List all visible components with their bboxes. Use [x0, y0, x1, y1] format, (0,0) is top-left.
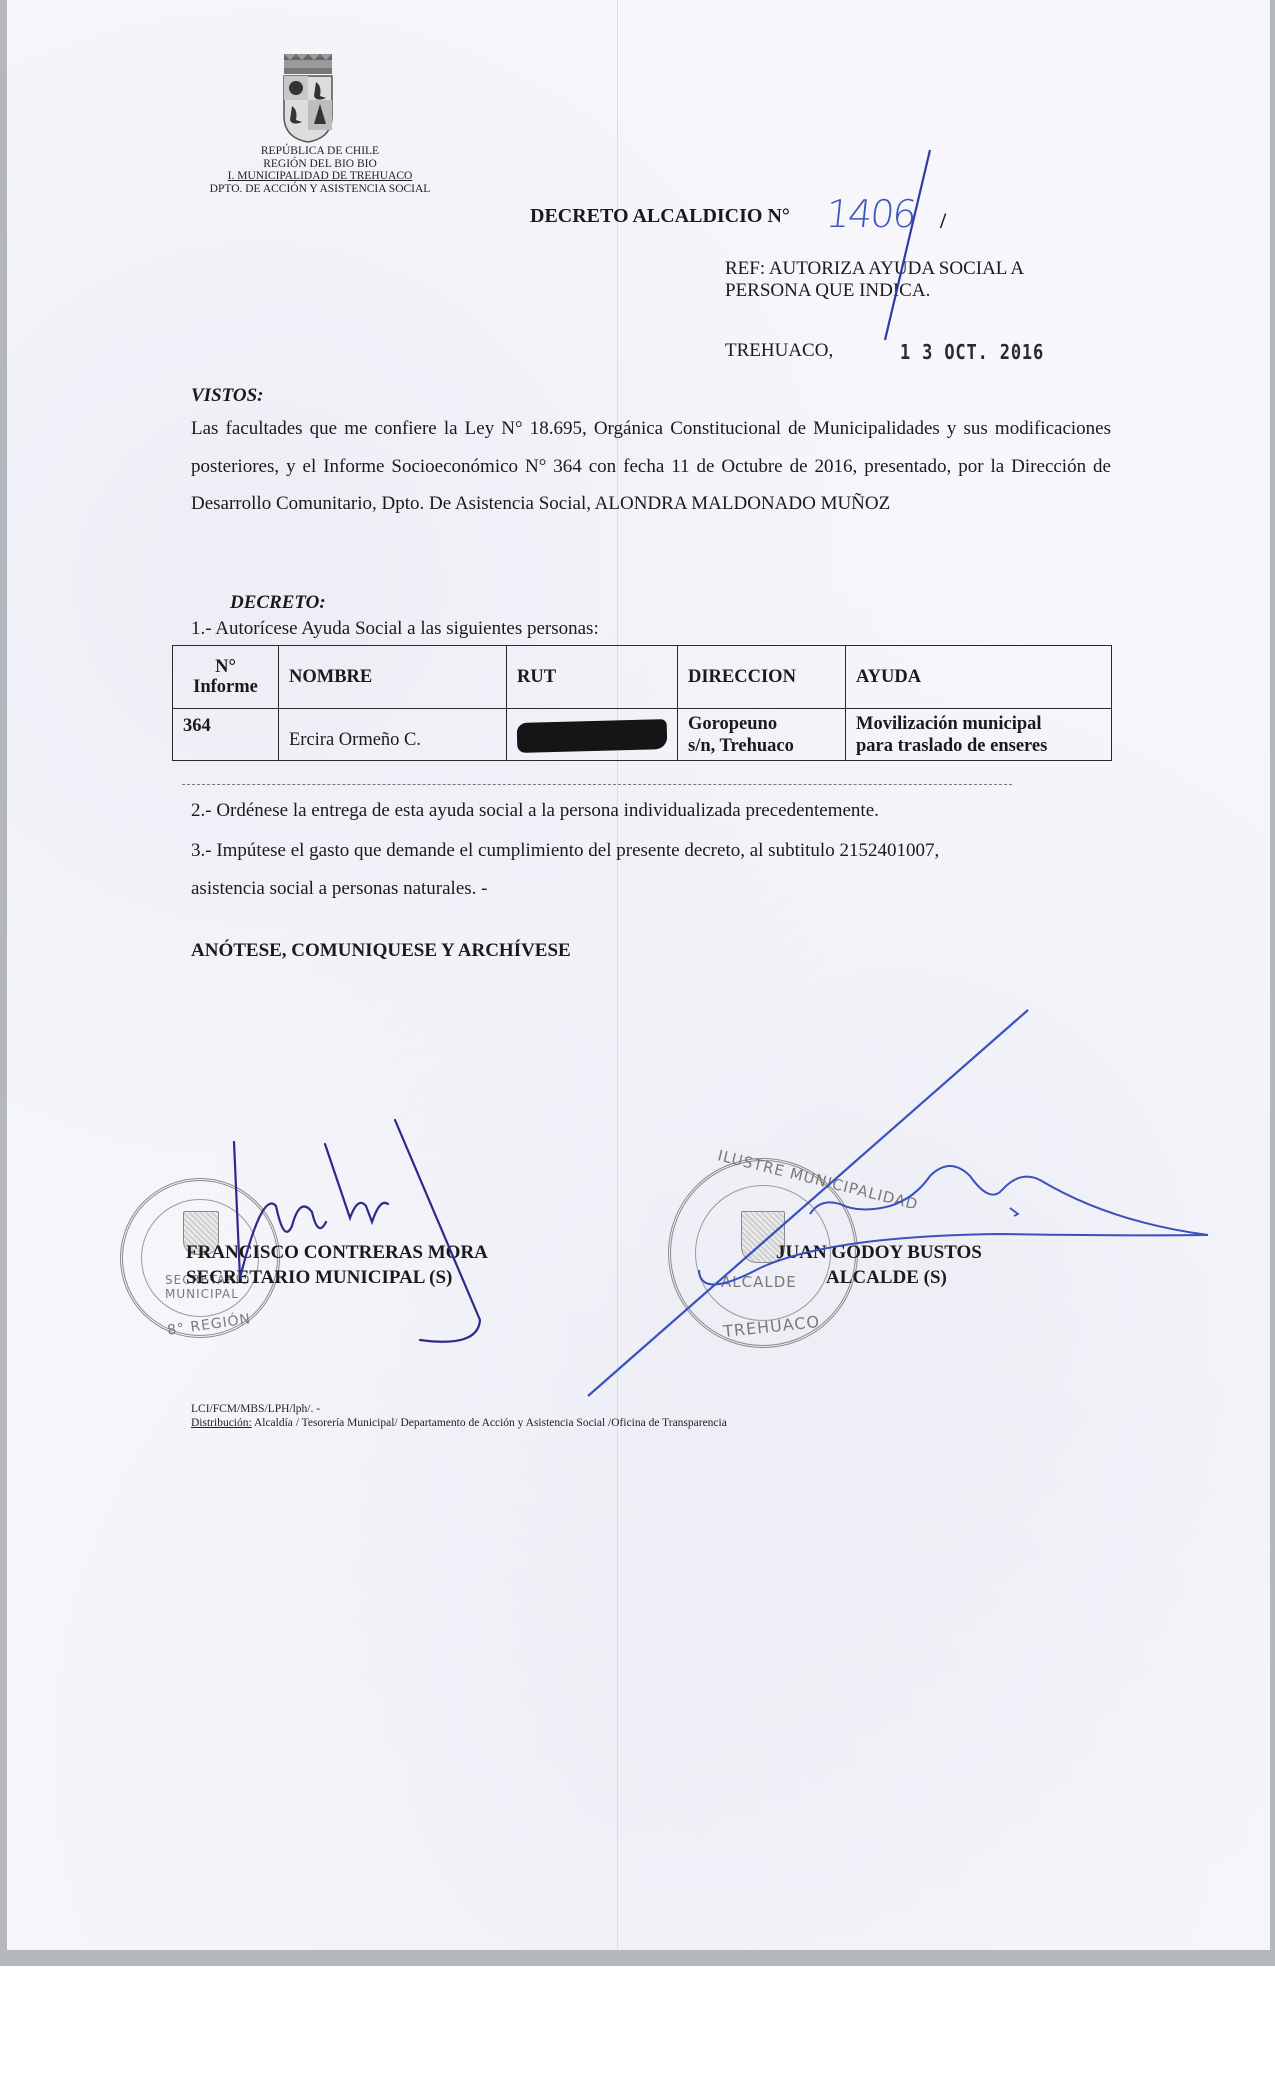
- paper-fold-line: [617, 0, 618, 1950]
- cell-informe: 364: [173, 709, 279, 761]
- decree-item-3-line-2: asistencia social a personas naturales. …: [191, 878, 488, 900]
- table-row: 364 Ercira Ormeño C. Goropeuno s/n, Treh…: [173, 709, 1112, 761]
- letterhead-municipality: I. MUNICIPALIDAD DE TREHUACO: [190, 170, 450, 183]
- distribution-list: Alcaldía / Tesorería Municipal/ Departam…: [252, 1417, 727, 1429]
- secretary-role: SECRETARIO MUNICIPAL (S): [186, 1265, 488, 1290]
- aid-recipients-table: N° Informe NOMBRE RUT DIRECCION AYUDA 36…: [172, 645, 1112, 761]
- seal-bottom-text: TREHUACO: [722, 1312, 821, 1341]
- separator-line: [182, 784, 1012, 785]
- signatory-secretary: FRANCISCO CONTRERAS MORA SECRETARIO MUNI…: [186, 1240, 488, 1290]
- footer-initials: LCI/FCM/MBS/LPH/lph/. -: [191, 1402, 727, 1416]
- letterhead-country: REPÚBLICA DE CHILE: [190, 145, 450, 158]
- decreto-heading: DECRETO:: [230, 592, 326, 614]
- place-label: TREHUACO,: [725, 340, 833, 362]
- decree-number-handwritten: 1406: [824, 192, 917, 236]
- header-direccion: DIRECCION: [678, 646, 846, 709]
- reference-block: REF: AUTORIZA AYUDA SOCIAL A PERSONA QUE…: [725, 258, 1024, 302]
- cell-direccion: Goropeuno s/n, Trehuaco: [678, 709, 846, 761]
- cell-rut: [507, 709, 678, 761]
- vistos-heading: VISTOS:: [191, 385, 264, 407]
- date-stamp: 1 3 OCT. 2016: [900, 340, 1044, 364]
- decree-item-3-line-1: 3.- Impútese el gasto que demande el cum…: [191, 840, 939, 862]
- reference-line-1: REF: AUTORIZA AYUDA SOCIAL A: [725, 258, 1024, 280]
- header-informe: N° Informe: [173, 646, 279, 709]
- secretary-name: FRANCISCO CONTRERAS MORA: [186, 1240, 488, 1265]
- header-nombre: NOMBRE: [279, 646, 507, 709]
- vistos-paragraph: Las facultades que me confiere la Ley N°…: [191, 410, 1111, 523]
- header-rut: RUT: [507, 646, 678, 709]
- cell-ayuda: Movilización municipal para traslado de …: [846, 709, 1112, 761]
- document-page: [7, 0, 1270, 1950]
- letterhead-region: REGIÓN DEL BIO BIO: [190, 158, 450, 171]
- header-informe-line2: Informe: [193, 677, 258, 697]
- mayor-role: ALCALDE (S): [776, 1265, 982, 1290]
- reference-line-2: PERSONA QUE INDICA.: [725, 280, 1024, 302]
- letterhead-department: DPTO. DE ACCIÓN Y ASISTENCIA SOCIAL: [190, 183, 450, 196]
- closing-formula: ANÓTESE, COMUNIQUESE Y ARCHÍVESE: [191, 940, 571, 962]
- distribution-label: Distribución:: [191, 1417, 252, 1429]
- decree-item-1: 1.- Autorícese Ayuda Social a las siguie…: [191, 618, 599, 640]
- cell-nombre: Ercira Ormeño C.: [279, 709, 507, 761]
- direccion-line-1: Goropeuno: [688, 714, 777, 734]
- mayor-name: JUAN GODOY BUSTOS: [776, 1240, 982, 1265]
- header-ayuda: AYUDA: [846, 646, 1112, 709]
- redaction-mark: [517, 719, 668, 753]
- header-informe-line1: N°: [215, 657, 236, 677]
- direccion-line-2: s/n, Trehuaco: [688, 736, 794, 756]
- decree-number-slash: /: [940, 208, 946, 234]
- ayuda-line-2: para traslado de enseres: [856, 736, 1047, 756]
- document-footer: LCI/FCM/MBS/LPH/lph/. - Distribución: Al…: [191, 1402, 727, 1430]
- footer-distribution: Distribución: Alcaldía / Tesorería Munic…: [191, 1416, 727, 1430]
- decree-title: DECRETO ALCALDICIO N°: [530, 205, 790, 228]
- signatory-mayor: JUAN GODOY BUSTOS ALCALDE (S): [776, 1240, 982, 1290]
- decree-item-2: 2.- Ordénese la entrega de esta ayuda so…: [191, 800, 879, 822]
- coat-of-arms-icon: [278, 52, 338, 144]
- table-header-row: N° Informe NOMBRE RUT DIRECCION AYUDA: [173, 646, 1112, 709]
- ayuda-line-1: Movilización municipal: [856, 714, 1042, 734]
- letterhead: REPÚBLICA DE CHILE REGIÓN DEL BIO BIO I.…: [190, 145, 450, 195]
